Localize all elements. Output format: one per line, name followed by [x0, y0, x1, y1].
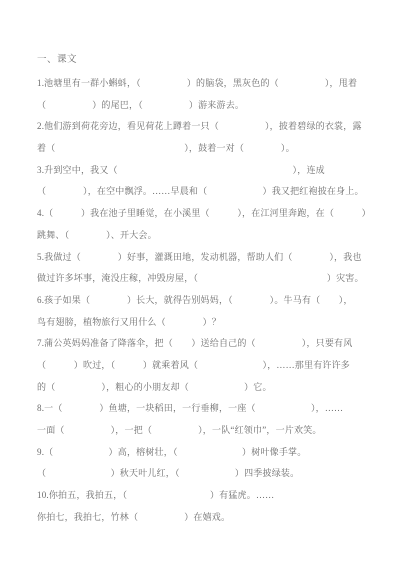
text-line: 鸟有翅膀，植物旅行又用什么（ ）？: [37, 312, 374, 334]
text-line: 2.他们游到荷花旁边，看见荷花上蹲着一只（ ），披着碧绿的衣裳，露: [37, 116, 374, 138]
text-line: 你拍七，我拍七，竹林（ ）在嬉戏。: [37, 507, 374, 529]
section-title: 一、课文: [37, 54, 374, 73]
document-page: 一、课文 1.池塘里有一群小蝌蚪，（ ）的脑袋，黑灰色的（ ），甩着（ ）的尾巴…: [0, 0, 400, 566]
text-line: 6.孩子如果（ ）长大，就得告别妈妈，（ ）。牛马有（ ），: [37, 290, 374, 312]
text-line: 的（ ），粗心的小朋友却（ ）它。: [37, 377, 374, 399]
text-line: 10.你拍五，我拍五，（ ）有猛虎。……: [37, 485, 374, 507]
text-line: 7.蒲公英妈妈准备了降落伞，把（ ）送给自己的（ ），只要有风: [37, 333, 374, 355]
text-line: 一面（ ），一把（ ），一队“红领巾”，一片欢笑。: [37, 420, 374, 442]
document-body: 1.池塘里有一群小蝌蚪，（ ）的脑袋，黑灰色的（ ），甩着（ ）的尾巴，（ ）游…: [37, 73, 374, 528]
text-line: （ ）的尾巴，（ ）游来游去。: [37, 95, 374, 117]
text-line: （ ）吹过，（ ）就乘着风（ ），……那里有许许多: [37, 355, 374, 377]
text-line: 9.（ ）高，榕树壮，（ ）树叶像手掌。: [37, 442, 374, 464]
text-line: 8.一（ ）鱼塘，一块稻田，一行垂柳，一座（ ），……: [37, 398, 374, 420]
text-line: 跳舞、（ ）、开大会。: [37, 225, 374, 247]
text-line: （ ），在空中飘浮。……早晨和（ ）我又把红袍披在身上。: [37, 181, 374, 203]
text-line: 4.（ ）我在池子里睡觉，在小溪里（ ），在江河里奔跑，在（ ）: [37, 203, 374, 225]
text-line: （ ）秋天叶儿红，（ ）四季披绿装。: [37, 463, 374, 485]
text-line: 1.池塘里有一群小蝌蚪，（ ）的脑袋，黑灰色的（ ），甩着: [37, 73, 374, 95]
text-line: 5.我做过（ ）好事，灌溉田地，发动机器，帮助人们（ ），我也: [37, 247, 374, 269]
text-line: 做过许多坏事，淹没庄稼，冲毁房屋，（ ）灾害。: [37, 268, 374, 290]
text-line: 3.升到空中，我又（ ），连成: [37, 160, 374, 182]
text-line: 着（ ），鼓着一对（ ）。: [37, 138, 374, 160]
document-content: 一、课文 1.池塘里有一群小蝌蚪，（ ）的脑袋，黑灰色的（ ），甩着（ ）的尾巴…: [37, 54, 374, 528]
